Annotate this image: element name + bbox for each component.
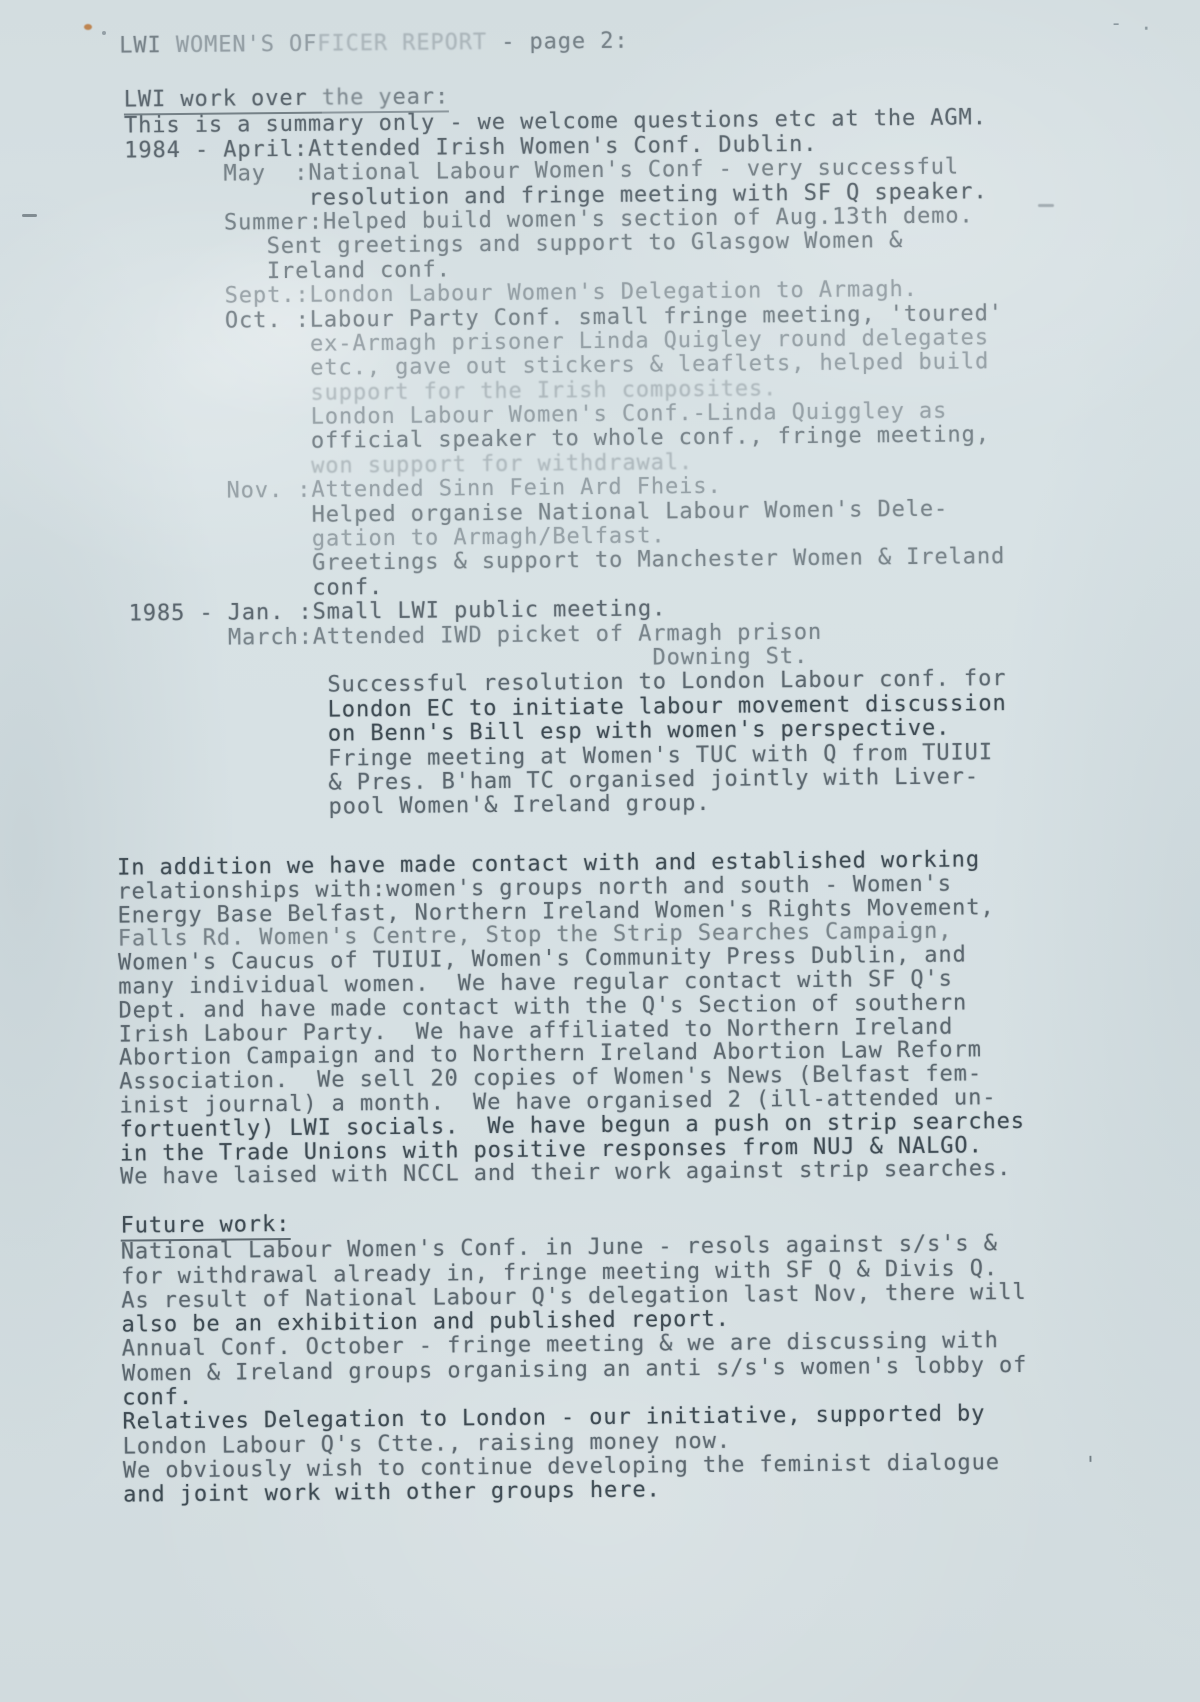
ink-speck-apostrophe: ' — [1084, 1453, 1098, 1478]
scan-page: - . LWI WOMEN'S OFFICER REPORT - page 2:… — [0, 0, 1200, 1702]
header-text: FICER REPORT — [317, 30, 487, 57]
page-header: LWI WOMEN'S OFFICER REPORT - page 2: — [119, 30, 628, 59]
ink-speck-top-right: - . — [1110, 11, 1155, 35]
section-future-work: Future work: National Labour Women's Con… — [120, 1206, 1028, 1508]
header-text: LWI — [119, 33, 176, 59]
paragraph-contacts: In addition we have made contact with an… — [117, 848, 1025, 1190]
header-text: WOMEN'S OF — [176, 32, 318, 58]
section-summary: LWI work over the year: This is a summar… — [124, 80, 1008, 822]
header-text: - page 2: — [487, 29, 629, 55]
typed-content: - . LWI WOMEN'S OFFICER REPORT - page 2:… — [0, 0, 1200, 1702]
